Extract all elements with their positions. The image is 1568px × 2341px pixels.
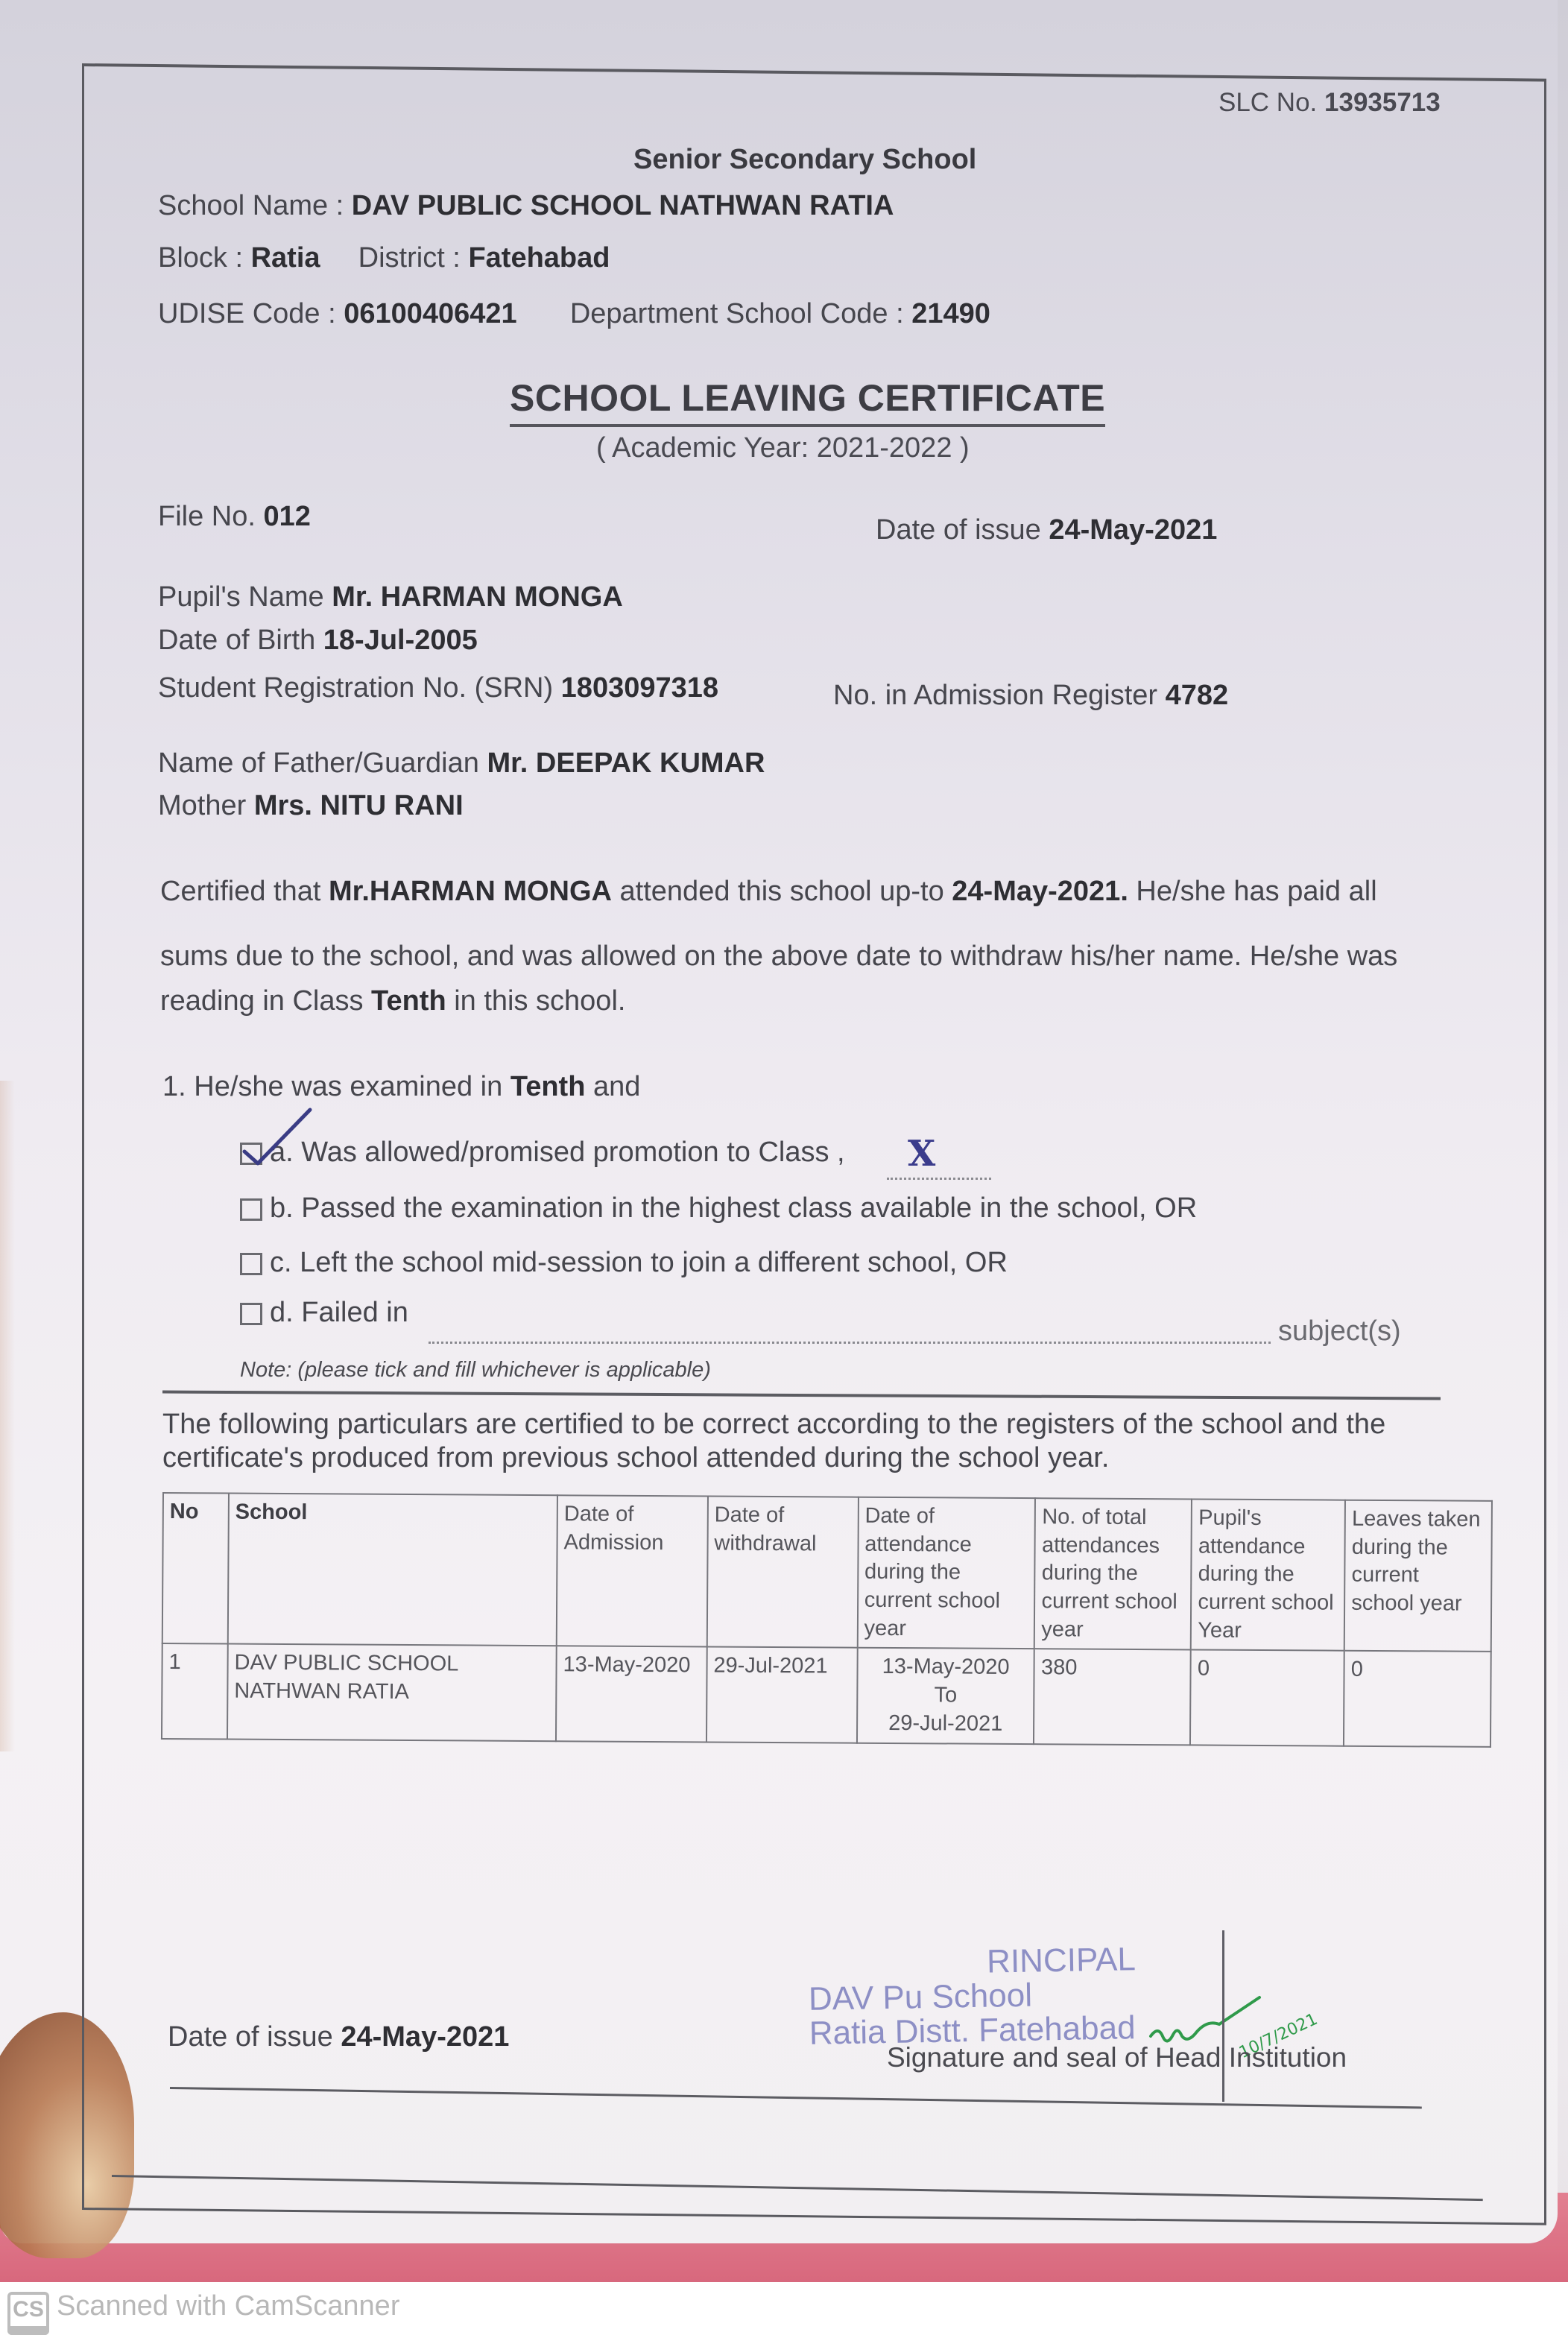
option-c-label: c. Left the school mid-session to join a… (270, 1247, 1008, 1278)
exam-intro: 1. He/she was examined in Tenth and (162, 1071, 640, 1103)
block-district-row: Block : Ratia District : Fatehabad (158, 242, 610, 274)
date-issue-bottom-label: Date of issue (168, 2021, 333, 2053)
mother-label: Mother (158, 790, 246, 821)
cert-text: He/she has paid all (1128, 876, 1377, 907)
option-b-label: b. Passed the examination in the highest… (270, 1192, 1197, 1224)
cert-text: in this school. (446, 985, 626, 1017)
date-of-issue-top: Date of issue 24-May-2021 (876, 514, 1217, 546)
col-school: School (228, 1494, 557, 1646)
dob-value: 18-Jul-2005 (323, 625, 478, 656)
principal-stamp: RINCIPAL DAV Pu School Ratia Distt. Fate… (808, 1942, 1137, 2051)
option-c: c. Left the school mid-session to join a… (240, 1247, 1008, 1279)
school-name-row: School Name : DAV PUBLIC SCHOOL NATHWAN … (158, 190, 894, 222)
camscanner-watermark: Scanned with CamScanner (57, 2290, 399, 2322)
file-no-label: File No. (158, 501, 256, 532)
dept-code-value: 21490 (911, 298, 990, 329)
slc-value: 13935713 (1324, 88, 1441, 117)
certification-line-2: sums due to the school, and was allowed … (160, 941, 1397, 973)
attendance-table: No School Date of Admission Date of with… (161, 1492, 1493, 1747)
checkbox-option-b[interactable] (240, 1198, 262, 1221)
block-label: Block : (158, 242, 243, 274)
signature-label: Signature and seal of Head Institution (887, 2042, 1347, 2073)
col-leaves: Leaves taken during the current school y… (1344, 1500, 1492, 1652)
col-pupil-attendance: Pupil's attendance during the current sc… (1191, 1499, 1345, 1651)
school-type: Senior Secondary School (633, 144, 976, 176)
admission-value: 4782 (1166, 680, 1229, 711)
attendance-to-label: To (864, 1681, 1028, 1710)
table-header-row: No School Date of Admission Date of with… (162, 1493, 1492, 1652)
cell-attendance-dates: 13-May-2020 To 29-Jul-2021 (857, 1648, 1035, 1744)
srn-value: 1803097318 (561, 672, 718, 704)
pen-stroke (1222, 1930, 1224, 2102)
block-value: Ratia (251, 242, 320, 274)
pupil-name-label: Pupil's Name (158, 581, 324, 613)
date-issue-bottom-value: 24-May-2021 (341, 2021, 509, 2053)
cell-no: 1 (162, 1643, 228, 1739)
codes-row: UDISE Code : 06100406421 Department Scho… (158, 298, 990, 330)
finger-shadow (0, 1081, 15, 1751)
father-row: Name of Father/Guardian Mr. DEEPAK KUMAR (158, 748, 765, 780)
date-issue-value: 24-May-2021 (1049, 514, 1217, 546)
cell-withdrawal: 29-Jul-2021 (706, 1647, 858, 1743)
mother-row: Mother Mrs. NITU RANI (158, 790, 464, 822)
cell-total-attendances: 380 (1034, 1649, 1191, 1745)
class-fill-line (887, 1178, 991, 1180)
pupil-name-row: Pupil's Name Mr. HARMAN MONGA (158, 581, 623, 613)
dept-code-label: Department School Code : (570, 298, 904, 329)
mother-name: Mrs. NITU RANI (254, 790, 464, 821)
attendance-to: 29-Jul-2021 (864, 1710, 1028, 1739)
col-attendance-dates: Date of attendance during the current sc… (857, 1497, 1035, 1649)
slc-number: SLC No. 13935713 (1218, 88, 1441, 118)
certification-line-1: Certified that Mr.HARMAN MONGA attended … (160, 876, 1377, 908)
cert-text: Certified that (160, 876, 329, 907)
slc-label: SLC No. (1218, 88, 1317, 117)
file-no-value: 012 (263, 501, 310, 532)
father-name: Mr. DEEPAK KUMAR (487, 748, 765, 779)
attendance-from: 13-May-2020 (864, 1653, 1028, 1682)
school-name-label: School Name : (158, 190, 344, 221)
checkbox-option-c[interactable] (240, 1253, 262, 1275)
srn-row: Student Registration No. (SRN) 180309731… (158, 672, 718, 704)
district-label: District : (358, 242, 461, 274)
cert-date: 24-May-2021. (952, 876, 1128, 907)
checkbox-option-d[interactable] (240, 1303, 262, 1325)
cell-admission: 13-May-2020 (556, 1646, 707, 1742)
admission-label: No. in Admission Register (833, 680, 1157, 711)
exam-class: Tenth (510, 1071, 586, 1102)
note: Note: (please tick and fill whichever is… (240, 1358, 711, 1383)
certificate-title: SCHOOL LEAVING CERTIFICATE (510, 376, 1105, 427)
file-number: File No. 012 (158, 501, 311, 533)
option-b: b. Passed the examination in the highest… (240, 1192, 1197, 1225)
particulars-intro-1: The following particulars are certified … (162, 1409, 1385, 1441)
cert-class: Tenth (371, 985, 446, 1017)
exam-text: and (585, 1071, 640, 1102)
cell-pupil-attendance: 0 (1190, 1650, 1344, 1746)
udise-label: UDISE Code : (158, 298, 336, 329)
option-a: a. Was allowed/promised promotion to Cla… (240, 1137, 845, 1169)
cert-text: attended this school up-to (612, 876, 952, 907)
stamp-line-1: RINCIPAL (808, 1942, 1136, 1983)
promoted-class-handwritten: X (908, 1133, 935, 1175)
option-d: d. Failed in (240, 1297, 408, 1329)
school-name: DAV PUBLIC SCHOOL NATHWAN RATIA (352, 190, 894, 221)
father-label: Name of Father/Guardian (158, 748, 479, 779)
cert-text: reading in Class (160, 985, 371, 1017)
academic-year: ( Academic Year: 2021-2022 ) (596, 432, 970, 464)
checkmark-icon (237, 1105, 319, 1172)
cell-leaves: 0 (1344, 1651, 1491, 1746)
table-row: 1 DAV PUBLIC SCHOOL NATHWAN RATIA 13-May… (162, 1643, 1491, 1746)
cell-school: DAV PUBLIC SCHOOL NATHWAN RATIA (227, 1644, 557, 1741)
col-admission: Date of Admission (557, 1495, 708, 1647)
camscanner-logo-icon: CS (7, 2292, 49, 2335)
col-no: No (162, 1493, 229, 1644)
admission-register-row: No. in Admission Register 4782 (833, 680, 1228, 712)
udise-value: 06100406421 (344, 298, 516, 329)
district-value: Fatehabad (468, 242, 610, 274)
failed-subjects-field[interactable] (429, 1342, 1271, 1344)
dob-row: Date of Birth 18-Jul-2005 (158, 625, 478, 657)
col-total-attendances: No. of total attendances during the curr… (1034, 1498, 1192, 1650)
dob-label: Date of Birth (158, 625, 315, 656)
subjects-suffix: subject(s) (1278, 1315, 1401, 1348)
cert-pupil-name: Mr.HARMAN MONGA (329, 876, 612, 907)
exam-text: 1. He/she was examined in (162, 1071, 510, 1102)
date-issue-label: Date of issue (876, 514, 1041, 546)
option-a-label: a. Was allowed/promised promotion to Cla… (270, 1137, 845, 1168)
col-withdrawal: Date of withdrawal (707, 1496, 859, 1648)
certification-line-3: reading in Class Tenth in this school. (160, 985, 625, 1017)
pupil-name: Mr. HARMAN MONGA (332, 581, 623, 613)
particulars-intro-2: certificate's produced from previous sch… (162, 1442, 1109, 1474)
option-d-label: d. Failed in (270, 1297, 408, 1328)
date-of-issue-bottom: Date of issue 24-May-2021 (168, 2021, 509, 2053)
srn-label: Student Registration No. (SRN) (158, 672, 553, 704)
